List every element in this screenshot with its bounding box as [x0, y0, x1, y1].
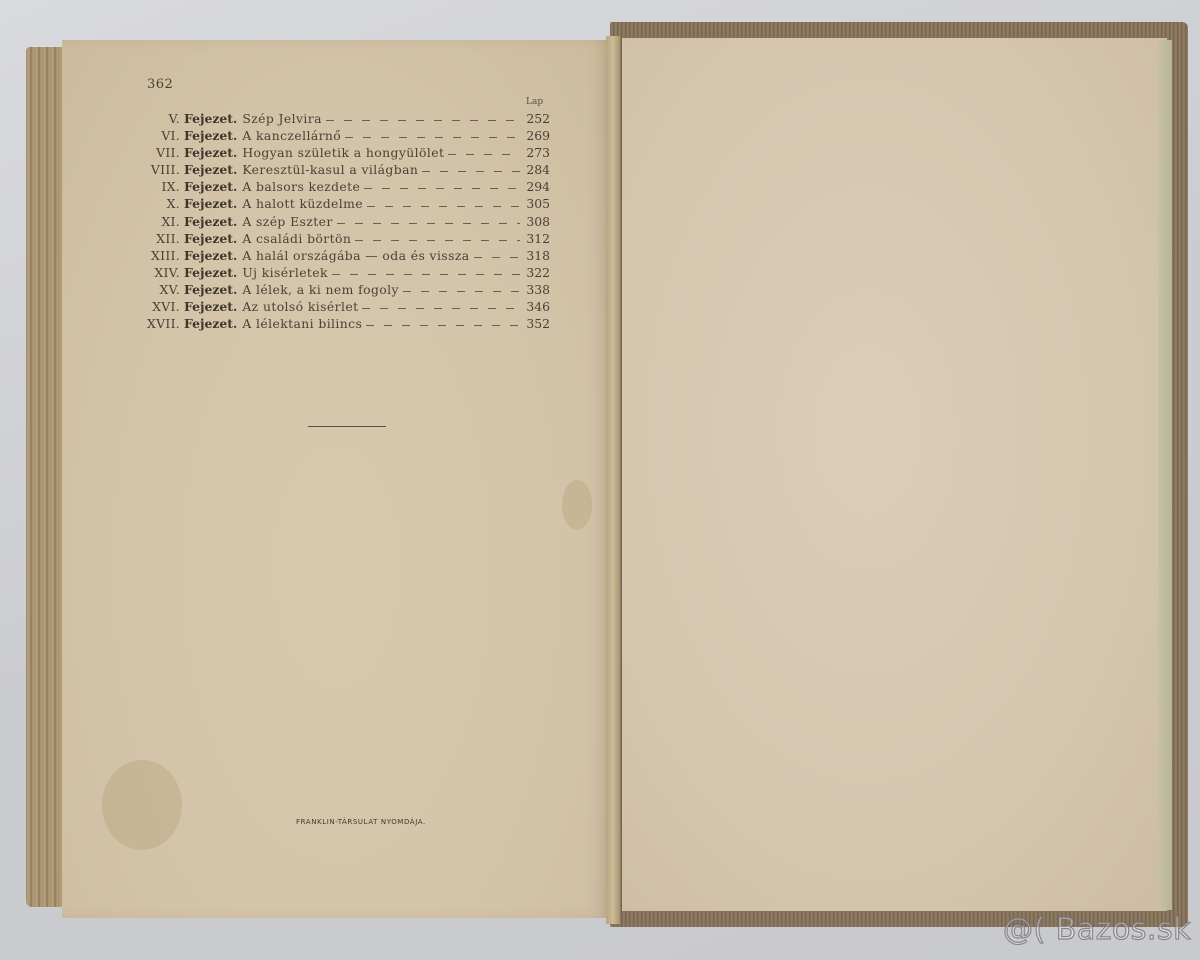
end-rule	[308, 426, 386, 427]
chapter-title: A családi börtön	[242, 230, 351, 247]
stain	[102, 760, 182, 850]
chapter-page: 346	[524, 298, 550, 315]
chapter-label: Fejezet.	[184, 178, 237, 195]
toc-entry: VIII.Fejezet.Keresztül-kasul a világban2…	[140, 161, 550, 178]
toc-entry: IX.Fejezet.A balsors kezdete294	[140, 178, 550, 195]
chapter-page: 352	[524, 315, 550, 332]
chapter-page: 338	[524, 281, 550, 298]
chapter-number: VI.	[140, 127, 184, 144]
chapter-page: 273	[524, 144, 550, 161]
chapter-page: 308	[524, 213, 550, 230]
chapter-page: 284	[524, 161, 550, 178]
toc-entry: XIV.Fejezet.Uj kisérletek322	[140, 264, 550, 281]
dash-leader	[362, 308, 520, 309]
chapter-page: 322	[524, 264, 550, 281]
chapter-title: Szép Jelvira	[242, 110, 322, 127]
chapter-label: Fejezet.	[184, 298, 237, 315]
toc-entry: XI.Fejezet.A szép Eszter308	[140, 213, 550, 230]
chapter-title: A szép Eszter	[242, 213, 332, 230]
chapter-number: VIII.	[140, 161, 184, 178]
chapter-title: Uj kisérletek	[242, 264, 328, 281]
dash-leader	[332, 274, 520, 275]
toc-entry: XVI.Fejezet.Az utolsó kisérlet346	[140, 298, 550, 315]
chapter-number: XIV.	[140, 264, 184, 281]
watermark-logo: @( Bazos.sk	[1003, 912, 1191, 947]
toc-entry: VI.Fejezet.A kanczellárnő269	[140, 127, 550, 144]
dash-leader	[364, 188, 520, 189]
chapter-label: Fejezet.	[184, 264, 237, 281]
chapter-title: Az utolsó kisérlet	[242, 298, 358, 315]
chapter-label: Fejezet.	[184, 230, 237, 247]
toc-entry: X.Fejezet.A halott küzdelme305	[140, 195, 550, 212]
chapter-number: V.	[140, 110, 184, 127]
chapter-label: Fejezet.	[184, 213, 237, 230]
chapter-label: Fejezet.	[184, 161, 237, 178]
chapter-number: X.	[140, 195, 184, 212]
chapter-label: Fejezet.	[184, 144, 237, 161]
toc-entry: VII.Fejezet.Hogyan születik a hongyülöle…	[140, 144, 550, 161]
dash-leader	[367, 206, 520, 207]
table-of-contents: V.Fejezet.Szép Jelvira252VI.Fejezet.A ka…	[140, 110, 550, 332]
chapter-title: A halott küzdelme	[242, 195, 363, 212]
chapter-title: A lélek, a ki nem fogoly	[242, 281, 399, 298]
chapter-title: Hogyan születik a hongyülölet	[242, 144, 444, 161]
chapter-label: Fejezet.	[184, 247, 237, 264]
chapter-page: 269	[524, 127, 550, 144]
chapter-page: 318	[524, 247, 550, 264]
stain	[562, 480, 592, 530]
toc-entry: XII.Fejezet.A családi börtön312	[140, 230, 550, 247]
chapter-page: 252	[524, 110, 550, 127]
dash-leader	[448, 154, 520, 155]
right-page	[622, 38, 1167, 911]
chapter-page: 294	[524, 178, 550, 195]
toc-entry: V.Fejezet.Szép Jelvira252	[140, 110, 550, 127]
printer-imprint: FRANKLIN-TÁRSULAT NYOMDÁJA.	[296, 818, 426, 826]
page-number: 362	[147, 77, 173, 92]
chapter-number: XV.	[140, 281, 184, 298]
dash-leader	[337, 223, 520, 224]
toc-entry: XV.Fejezet.A lélek, a ki nem fogoly338	[140, 281, 550, 298]
dash-leader	[422, 171, 520, 172]
dash-leader	[345, 137, 520, 138]
gutter	[606, 36, 620, 924]
dash-leader	[366, 325, 520, 326]
dash-leader	[326, 120, 520, 121]
chapter-label: Fejezet.	[184, 110, 237, 127]
chapter-label: Fejezet.	[184, 315, 237, 332]
right-flap	[1158, 40, 1172, 910]
chapter-number: VII.	[140, 144, 184, 161]
chapter-title: A halál országába — oda és vissza	[242, 247, 469, 264]
chapter-label: Fejezet.	[184, 195, 237, 212]
chapter-title: A kanczellárnő	[242, 127, 341, 144]
chapter-page: 305	[524, 195, 550, 212]
chapter-title: Keresztül-kasul a világban	[242, 161, 418, 178]
toc-entry: XIII.Fejezet.A halál országába — oda és …	[140, 247, 550, 264]
chapter-number: XII.	[140, 230, 184, 247]
chapter-number: IX.	[140, 178, 184, 195]
chapter-label: Fejezet.	[184, 281, 237, 298]
dash-leader	[403, 291, 520, 292]
dash-leader	[474, 257, 520, 258]
chapter-number: XIII.	[140, 247, 184, 264]
chapter-number: XVI.	[140, 298, 184, 315]
dash-leader	[355, 240, 520, 241]
chapter-title: A lélektani bilincs	[242, 315, 362, 332]
chapter-title: A balsors kezdete	[242, 178, 360, 195]
chapter-page: 312	[524, 230, 550, 247]
chapter-label: Fejezet.	[184, 127, 237, 144]
chapter-number: XVII.	[140, 315, 184, 332]
toc-entry: XVII.Fejezet.A lélektani bilincs352	[140, 315, 550, 332]
chapter-number: XI.	[140, 213, 184, 230]
toc-column-header: Lap	[526, 97, 543, 107]
